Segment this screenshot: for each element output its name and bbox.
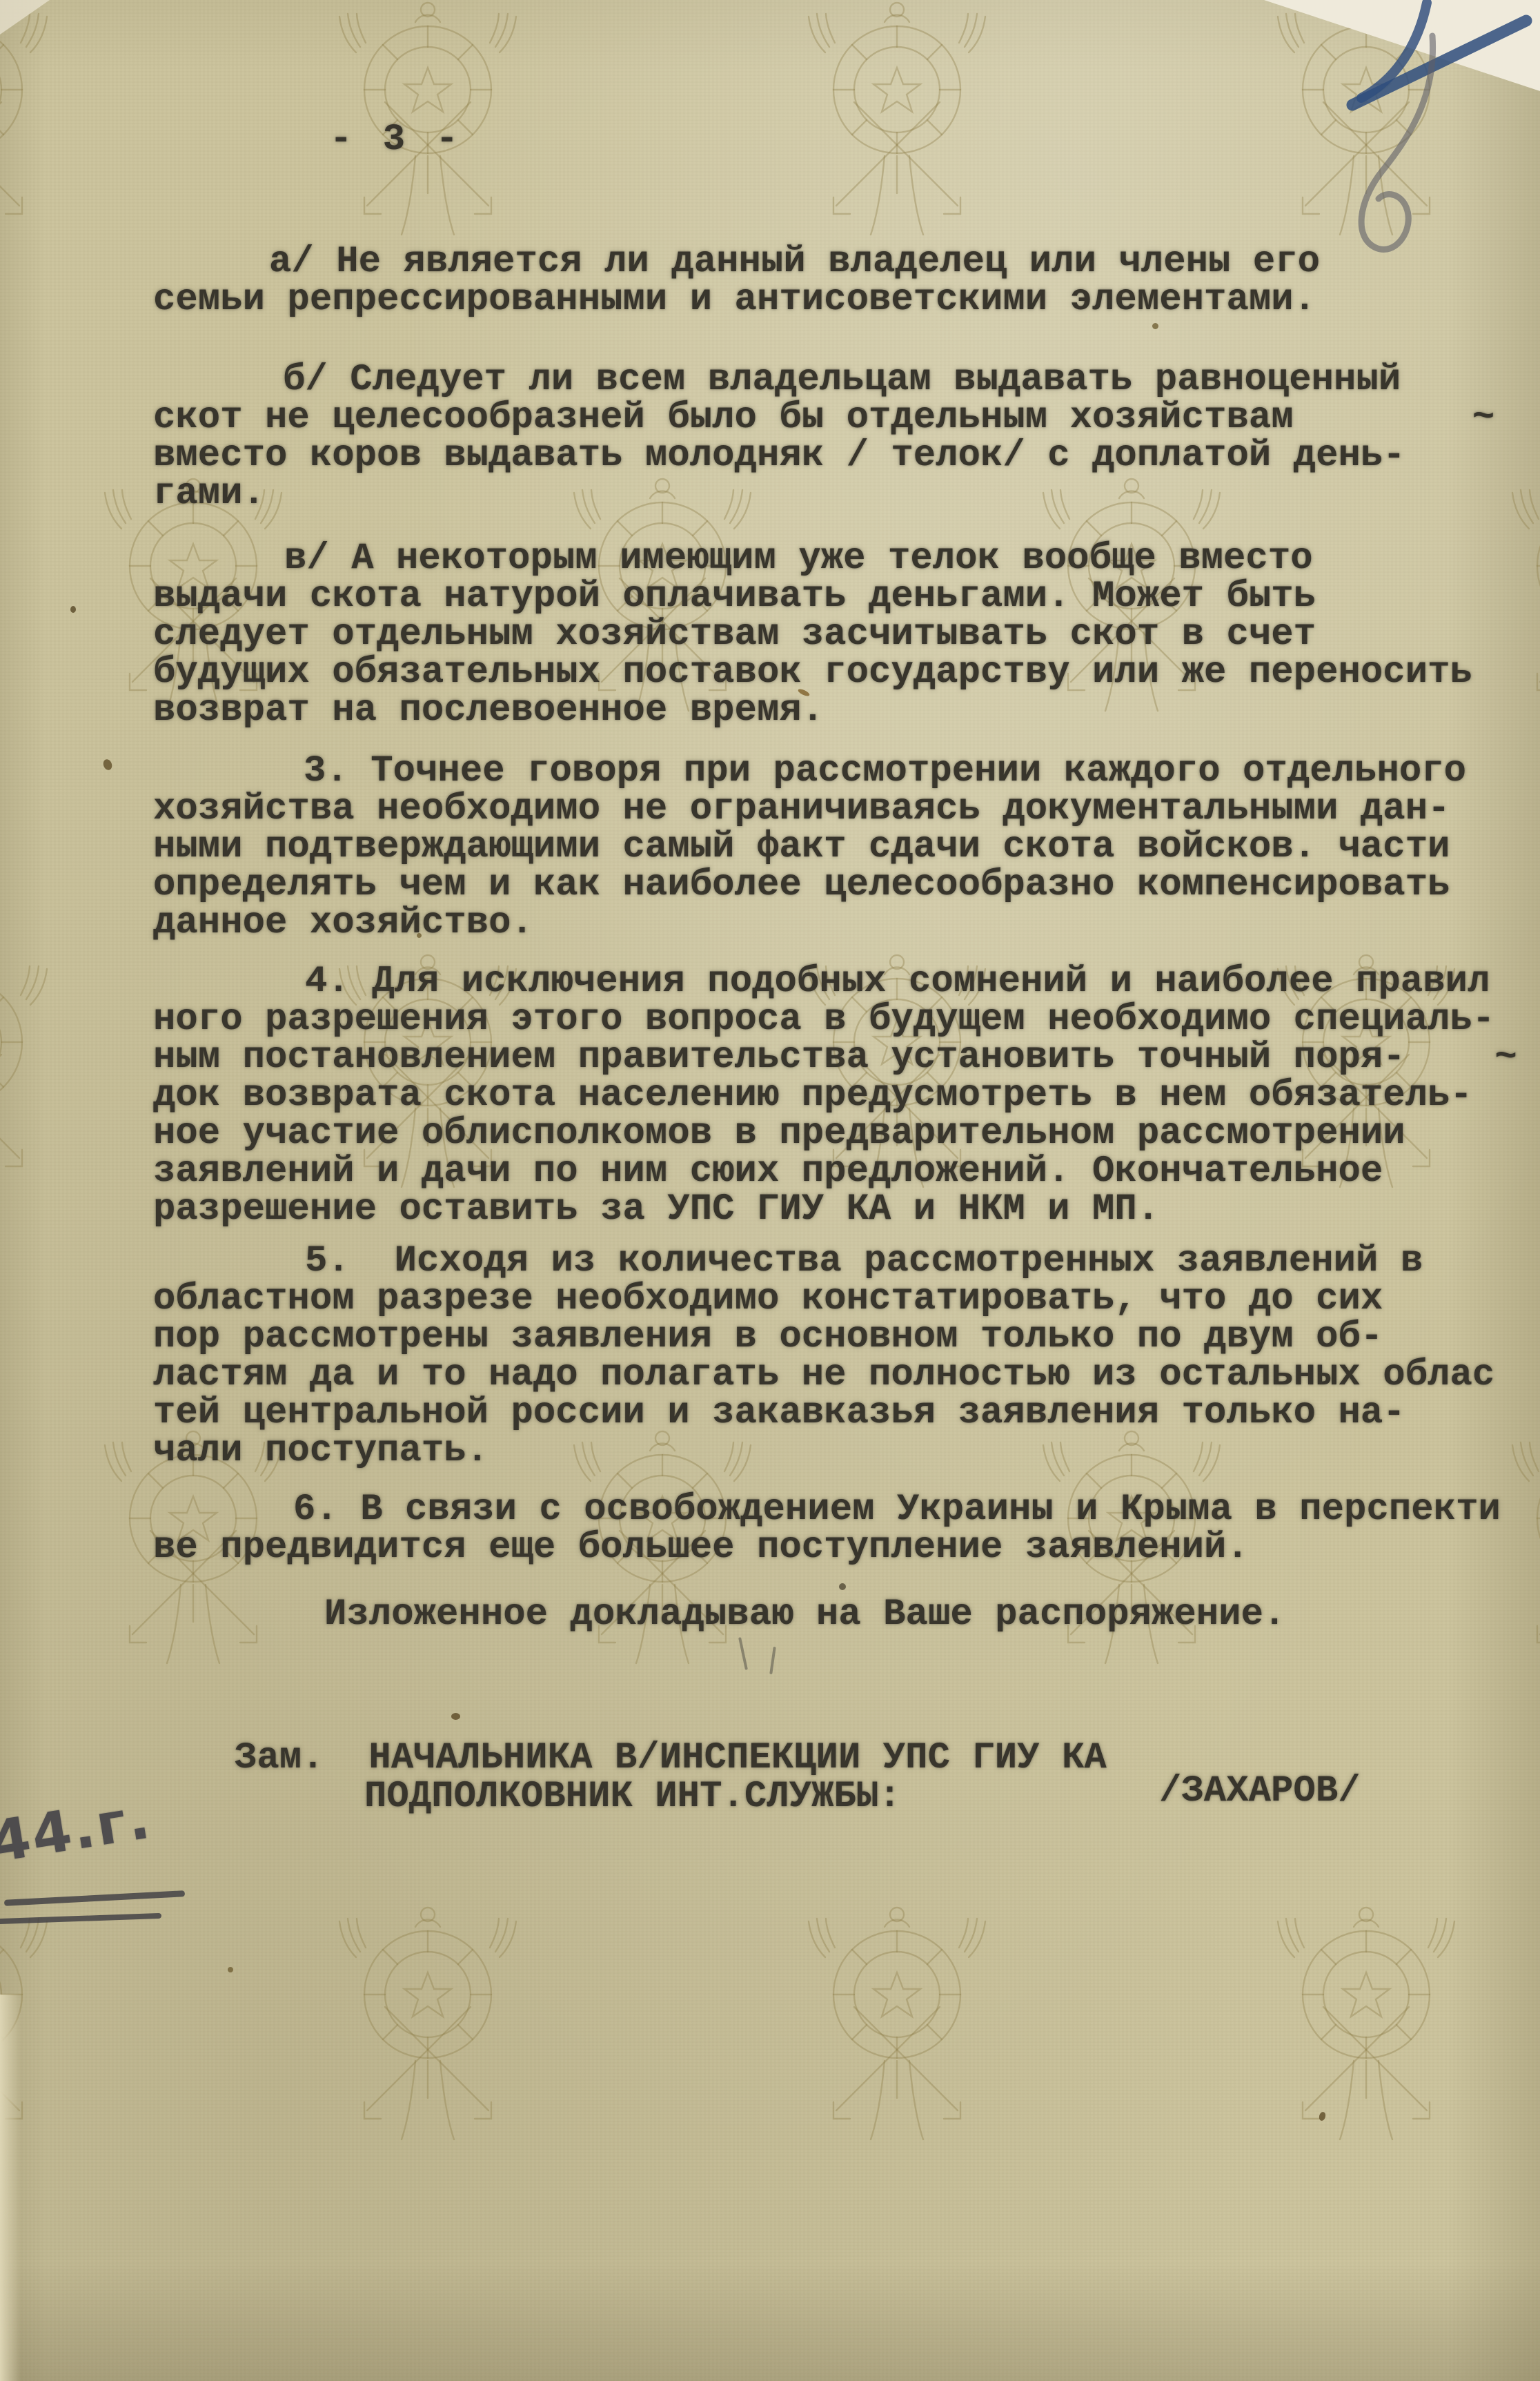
signature-position-line1: Зам. НАЧАЛЬНИКА В/ИНСПЕКЦИИ УПС ГИУ КА [235,1739,1107,1777]
scanned-document-page: - 3 - а/ Не является ли данный владелец … [0,0,1540,2381]
paper-speck [70,606,76,613]
signature-position-line2: ПОДПОЛКОВНИК ИНТ.СЛУЖБЫ: [364,1778,901,1816]
paper-speck [1152,323,1158,329]
handwritten-number-15 [1283,0,1540,276]
paragraph-v: в/ А некоторым имеющим уже телок вообще … [153,540,1540,729]
paragraph-4: 4. Для исключения подобных сомнений и на… [153,963,1540,1228]
signature-name: /ЗАХАРОВ/ [1159,1772,1361,1810]
closing-line: Изложенное докладываю на Ваше распоряжен… [324,1596,1285,1634]
paragraph-b: б/ Следует ли всем владельцам выдавать р… [153,361,1540,513]
paper-speck [417,933,422,938]
paper-speck [451,1713,460,1720]
paper-edge-wear [0,1995,21,2381]
page-number: - 3 - [330,121,462,159]
paper-speck [839,1583,846,1590]
paragraph-3: 3. Точнее говоря при рассмотрении каждог… [153,752,1540,942]
paper-speck [228,1967,233,1972]
paragraph-6: 6. В связи с освобождением Украины и Кры… [153,1491,1540,1567]
paragraph-5: 5. Исходя из количества рассмотренных за… [153,1242,1540,1470]
